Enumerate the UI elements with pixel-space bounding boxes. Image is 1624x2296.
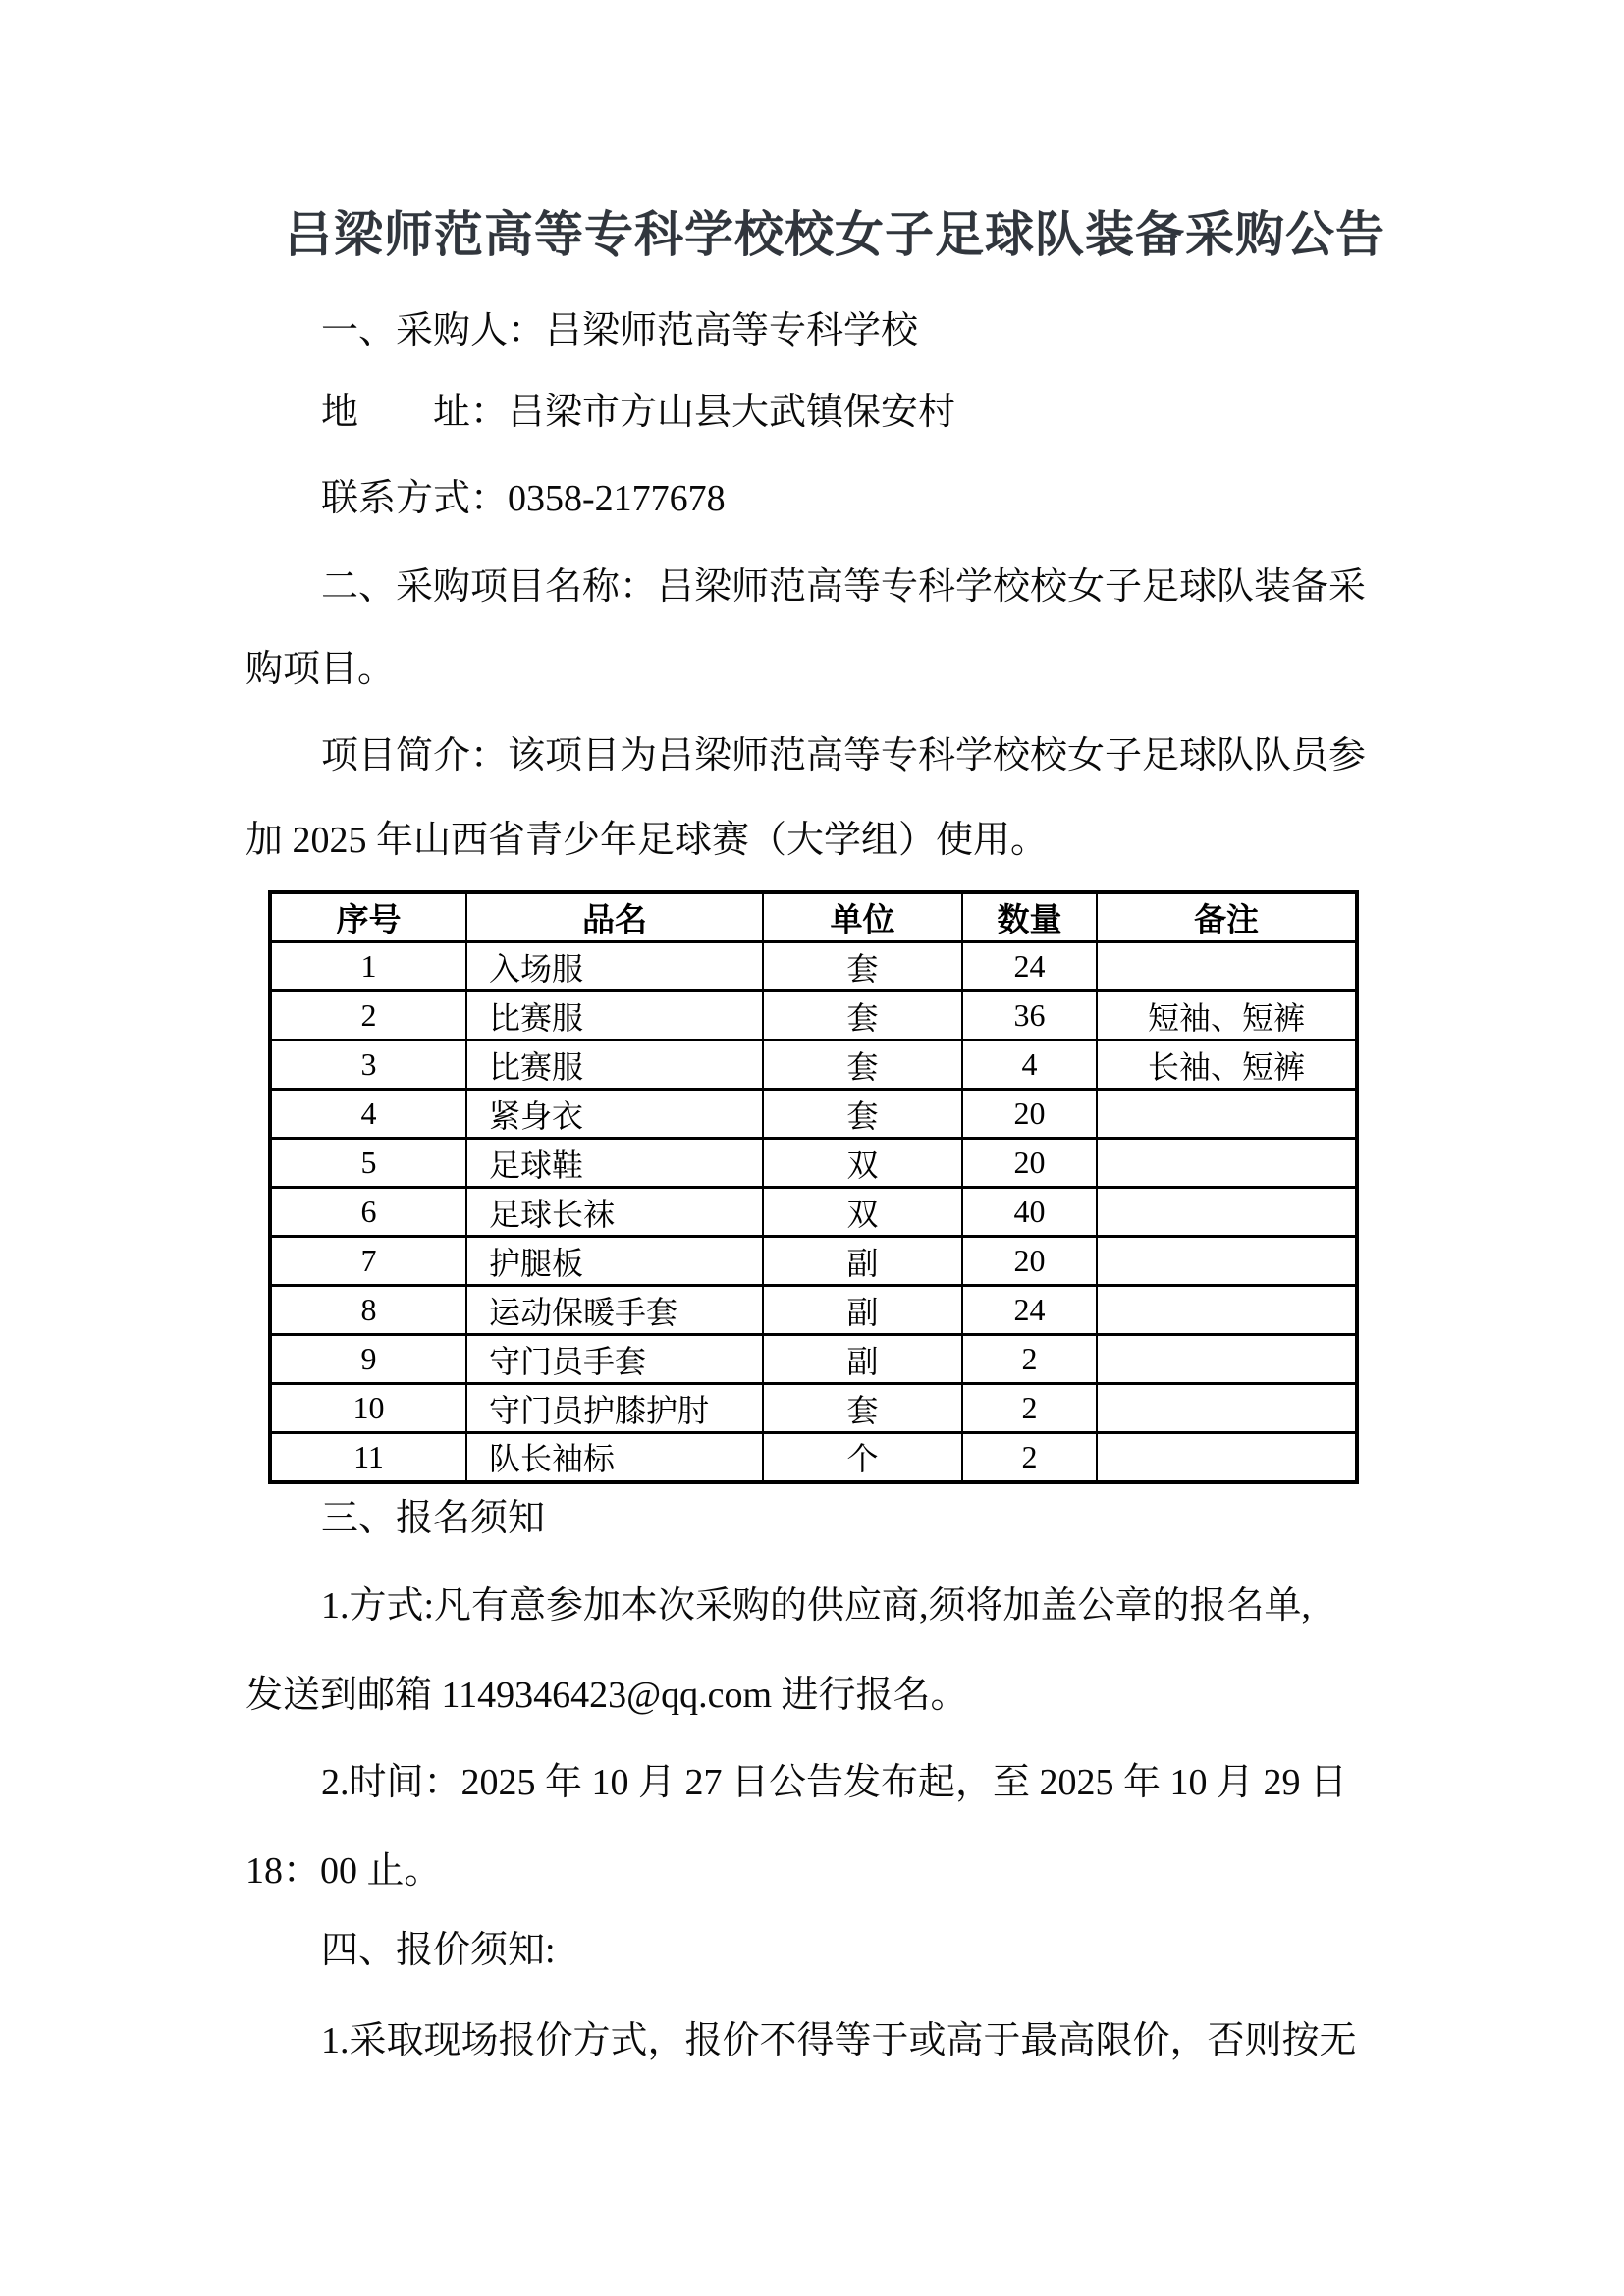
line-contact: 联系方式：0358-2177678 — [245, 480, 1460, 519]
cell-qty: 20 — [962, 1090, 1097, 1139]
cell-qty: 36 — [962, 991, 1097, 1041]
line-project-name-1: 二、采购项目名称：吕梁师范高等专科学校校女子足球队装备采 — [245, 568, 1460, 608]
cell-unit: 套 — [763, 1041, 962, 1090]
line-method-2: 发送到邮箱 1149346423@qq.com 进行报名。 — [245, 1677, 1384, 1716]
cell-unit: 副 — [763, 1335, 962, 1384]
line-time-2: 18：00 止。 — [245, 1852, 1384, 1892]
cell-qty: 24 — [962, 1286, 1097, 1335]
document-page: 吕梁师范高等专科学校校女子足球队装备采购公告 一、采购人：吕梁师范高等专科学校 … — [0, 0, 1624, 2296]
cell-qty: 40 — [962, 1188, 1097, 1237]
line-address: 地 址：吕梁市方山县大武镇保安村 — [245, 394, 1460, 433]
table-header-row: 序号 品名 单位 数量 备注 — [270, 892, 1357, 942]
cell-note — [1097, 1384, 1357, 1433]
cell-note — [1097, 1286, 1357, 1335]
cell-name: 比赛服 — [466, 991, 763, 1041]
cell-note — [1097, 1433, 1357, 1482]
cell-qty: 20 — [962, 1139, 1097, 1188]
cell-no: 5 — [270, 1139, 466, 1188]
cell-no: 3 — [270, 1041, 466, 1090]
line-intro-1: 项目简介：该项目为吕梁师范高等专科学校校女子足球队队员参 — [245, 737, 1460, 776]
cell-qty: 2 — [962, 1335, 1097, 1384]
line-quote-1: 1.采取现场报价方式，报价不得等于或高于最高限价，否则按无 — [245, 2022, 1460, 2061]
cell-unit: 双 — [763, 1188, 962, 1237]
cell-no: 4 — [270, 1090, 466, 1139]
cell-qty: 2 — [962, 1433, 1097, 1482]
cell-note — [1097, 1237, 1357, 1286]
cell-note — [1097, 1090, 1357, 1139]
table-row: 8 运动保暖手套 副 24 — [270, 1286, 1357, 1335]
line-buyer: 一、采购人：吕梁师范高等专科学校 — [245, 312, 1460, 351]
cell-no: 6 — [270, 1188, 466, 1237]
header-qty: 数量 — [962, 892, 1097, 942]
table-row: 4 紧身衣 套 20 — [270, 1090, 1357, 1139]
cell-note — [1097, 1335, 1357, 1384]
cell-no: 7 — [270, 1237, 466, 1286]
cell-name: 入场服 — [466, 942, 763, 991]
cell-unit: 副 — [763, 1237, 962, 1286]
equipment-table: 序号 品名 单位 数量 备注 1 入场服 套 24 2 比赛服 套 36 短袖、… — [268, 890, 1359, 1484]
cell-name: 足球长袜 — [466, 1188, 763, 1237]
cell-no: 10 — [270, 1384, 466, 1433]
header-note: 备注 — [1097, 892, 1357, 942]
cell-name: 运动保暖手套 — [466, 1286, 763, 1335]
cell-no: 1 — [270, 942, 466, 991]
table-row: 7 护腿板 副 20 — [270, 1237, 1357, 1286]
table-row: 3 比赛服 套 4 长袖、短裤 — [270, 1041, 1357, 1090]
table-row: 10 守门员护膝护肘 套 2 — [270, 1384, 1357, 1433]
cell-name: 队长袖标 — [466, 1433, 763, 1482]
cell-note: 短袖、短裤 — [1097, 991, 1357, 1041]
page-title: 吕梁师范高等专科学校校女子足球队装备采购公告 — [0, 210, 1624, 259]
cell-qty: 20 — [962, 1237, 1097, 1286]
cell-name: 护腿板 — [466, 1237, 763, 1286]
cell-unit: 套 — [763, 942, 962, 991]
line-intro-2: 加 2025 年山西省青少年足球赛（大学组）使用。 — [245, 822, 1384, 861]
cell-name: 比赛服 — [466, 1041, 763, 1090]
cell-unit: 双 — [763, 1139, 962, 1188]
cell-note — [1097, 942, 1357, 991]
cell-unit: 套 — [763, 991, 962, 1041]
cell-name: 守门员护膝护肘 — [466, 1384, 763, 1433]
cell-qty: 24 — [962, 942, 1097, 991]
cell-unit: 套 — [763, 1090, 962, 1139]
table-row: 6 足球长袜 双 40 — [270, 1188, 1357, 1237]
table-row: 2 比赛服 套 36 短袖、短裤 — [270, 991, 1357, 1041]
cell-qty: 2 — [962, 1384, 1097, 1433]
cell-no: 2 — [270, 991, 466, 1041]
header-unit: 单位 — [763, 892, 962, 942]
cell-no: 8 — [270, 1286, 466, 1335]
line-section4: 四、报价须知: — [245, 1932, 1460, 1971]
cell-name: 紧身衣 — [466, 1090, 763, 1139]
header-no: 序号 — [270, 892, 466, 942]
cell-name: 足球鞋 — [466, 1139, 763, 1188]
cell-note: 长袖、短裤 — [1097, 1041, 1357, 1090]
line-project-name-2: 购项目。 — [245, 651, 1384, 690]
line-time-1: 2.时间：2025 年 10 月 27 日公告发布起，至 2025 年 10 月… — [245, 1764, 1460, 1803]
cell-no: 9 — [270, 1335, 466, 1384]
cell-unit: 个 — [763, 1433, 962, 1482]
table-row: 1 入场服 套 24 — [270, 942, 1357, 991]
cell-unit: 套 — [763, 1384, 962, 1433]
cell-qty: 4 — [962, 1041, 1097, 1090]
cell-name: 守门员手套 — [466, 1335, 763, 1384]
line-method-1: 1.方式:凡有意参加本次采购的供应商,须将加盖公章的报名单, — [245, 1587, 1460, 1627]
line-section3: 三、报名须知 — [245, 1500, 1460, 1539]
table-row: 9 守门员手套 副 2 — [270, 1335, 1357, 1384]
table-row: 11 队长袖标 个 2 — [270, 1433, 1357, 1482]
cell-no: 11 — [270, 1433, 466, 1482]
cell-unit: 副 — [763, 1286, 962, 1335]
cell-note — [1097, 1188, 1357, 1237]
table-row: 5 足球鞋 双 20 — [270, 1139, 1357, 1188]
header-name: 品名 — [466, 892, 763, 942]
cell-note — [1097, 1139, 1357, 1188]
